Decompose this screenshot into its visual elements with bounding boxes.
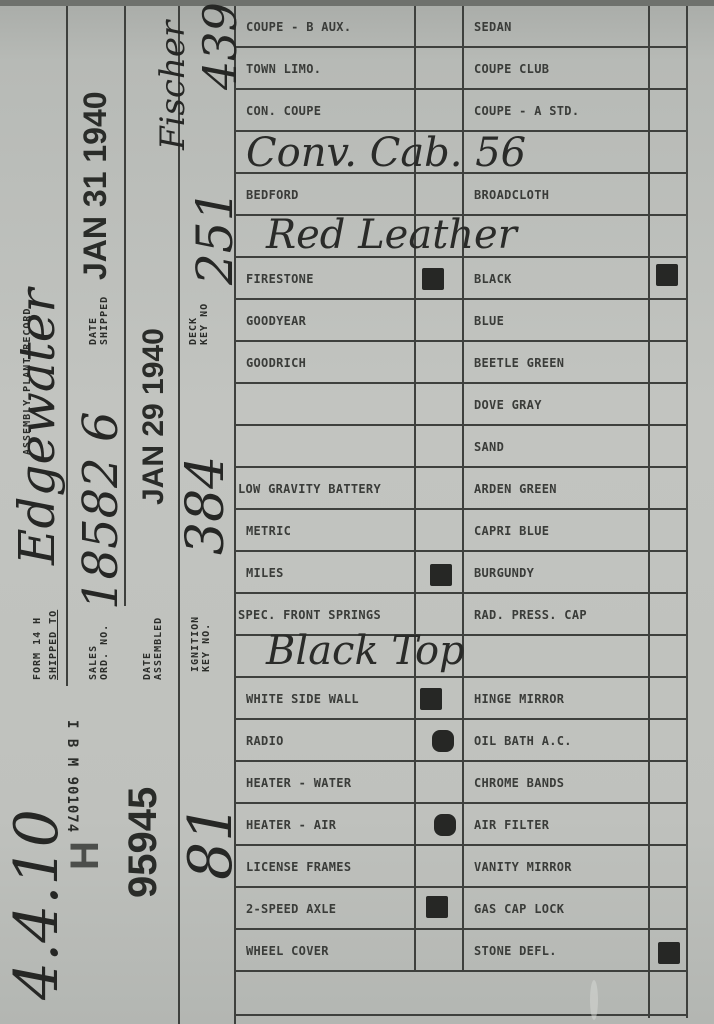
shipped-to-value: Edgewater bbox=[10, 289, 64, 565]
sales-order-label: SALES ORD. NO. bbox=[88, 610, 110, 680]
date-shipped-value: JAN 31 1940 bbox=[78, 91, 112, 280]
option-label: CAPRI BLUE bbox=[474, 510, 644, 552]
check-mark-icon bbox=[430, 564, 452, 586]
check-mark-icon bbox=[420, 688, 442, 710]
option-label bbox=[246, 426, 416, 468]
date-assembled-value: JAN 29 1940 bbox=[138, 328, 170, 505]
option-label: BURGUNDY bbox=[474, 552, 644, 594]
option-label: SEDAN bbox=[474, 6, 644, 48]
grid-row: LICENSE FRAMES VANITY MIRROR bbox=[236, 846, 688, 888]
grid-row: GOODYEAR BLUE bbox=[236, 300, 688, 342]
grid-row: RADIO OIL BATH A.C. bbox=[236, 720, 688, 762]
option-label: RAD. PRESS. CAP bbox=[474, 594, 644, 636]
handwritten-body-style: Conv. Cab. 56 bbox=[246, 130, 526, 176]
option-label: BEETLE GREEN bbox=[474, 342, 644, 384]
option-label: SAND bbox=[474, 426, 644, 468]
option-label: 2-SPEED AXLE bbox=[246, 888, 416, 930]
grid-row: METRIC CAPRI BLUE bbox=[236, 510, 688, 552]
grid-row-empty bbox=[236, 972, 688, 1014]
option-label: VANITY MIRROR bbox=[474, 846, 644, 888]
check-mark-icon bbox=[434, 814, 456, 836]
handwritten-name: Fischer bbox=[155, 21, 191, 150]
serial-number: 95945 bbox=[122, 787, 164, 898]
option-label: FIRESTONE bbox=[246, 258, 416, 300]
option-label: ARDEN GREEN bbox=[474, 468, 644, 510]
check-mark-icon bbox=[426, 896, 448, 918]
grid-row: COUPE - B AUX. SEDAN bbox=[236, 6, 688, 48]
date-assembled-label: DATE ASSEMBLED bbox=[142, 600, 164, 680]
handwritten-lot: 4.4.10 bbox=[6, 809, 68, 1000]
date-shipped-label: DATE SHIPPED bbox=[88, 295, 110, 345]
left-rule-1 bbox=[66, 6, 68, 686]
option-label: BROADCLOTH bbox=[474, 174, 644, 216]
option-label: OIL BATH A.C. bbox=[474, 720, 644, 762]
assembly-plant-record-card: ASSEMBLY PLANT RECORD FORM 14 H SHIPPED … bbox=[0, 0, 714, 1024]
check-mark-icon bbox=[432, 730, 454, 752]
form-number: FORM 14 H bbox=[32, 617, 43, 680]
deck-key-label: DECK KEY NO bbox=[188, 295, 210, 345]
handwritten-bottom-number: 81 bbox=[180, 804, 242, 880]
option-label: LICENSE FRAMES bbox=[246, 846, 416, 888]
grid-row: GOODRICH BEETLE GREEN bbox=[236, 342, 688, 384]
check-mark-icon bbox=[422, 268, 444, 290]
grid-row: FIRESTONE BLACK bbox=[236, 258, 688, 300]
grid-row: BEDFORD BROADCLOTH bbox=[236, 174, 688, 216]
option-label: MILES bbox=[246, 552, 416, 594]
paper-smudge bbox=[590, 980, 598, 1020]
option-label: WHITE SIDE WALL bbox=[246, 678, 416, 720]
option-label: RADIO bbox=[246, 720, 416, 762]
option-label: GOODRICH bbox=[246, 342, 416, 384]
option-label: HEATER - WATER bbox=[246, 762, 416, 804]
option-label: LOW GRAVITY BATTERY bbox=[238, 468, 408, 510]
grid-row: CON. COUPE COUPE - A STD. bbox=[236, 90, 688, 132]
option-label: HINGE MIRROR bbox=[474, 678, 644, 720]
grid-row: WHEEL COVER STONE DEFL. bbox=[236, 930, 688, 972]
option-label: WHEEL COVER bbox=[246, 930, 416, 972]
grid-row: WHITE SIDE WALL HINGE MIRROR bbox=[236, 678, 688, 720]
option-label: COUPE - B AUX. bbox=[246, 6, 416, 48]
option-label: BLUE bbox=[474, 300, 644, 342]
sales-order-value: 18582 6 bbox=[76, 412, 126, 611]
grid-row: 2-SPEED AXLE GAS CAP LOCK bbox=[236, 888, 688, 930]
option-label: CHROME BANDS bbox=[474, 762, 644, 804]
ignition-key-value: 384 bbox=[178, 456, 234, 555]
check-mark-icon bbox=[656, 264, 678, 286]
deck-key-value: 251 bbox=[188, 190, 242, 285]
grid-row: DOVE GRAY bbox=[236, 384, 688, 426]
grid-row: TOWN LIMO. COUPE CLUB bbox=[236, 48, 688, 90]
shipped-to-label: SHIPPED TO bbox=[48, 610, 59, 680]
option-label: HEATER - AIR bbox=[246, 804, 416, 846]
ignition-key-label: IGNITION KEY NO. bbox=[190, 602, 212, 672]
grid-row: SAND bbox=[236, 426, 688, 468]
grid-row: HEATER - AIR AIR FILTER bbox=[236, 804, 688, 846]
option-label: METRIC bbox=[246, 510, 416, 552]
option-label: CON. COUPE bbox=[246, 90, 416, 132]
option-label: STONE DEFL. bbox=[474, 930, 644, 972]
option-label: DOVE GRAY bbox=[474, 384, 644, 426]
option-label: AIR FILTER bbox=[474, 804, 644, 846]
option-label: COUPE - A STD. bbox=[474, 90, 644, 132]
grid-row: HEATER - WATER CHROME BANDS bbox=[236, 762, 688, 804]
option-label: TOWN LIMO. bbox=[246, 48, 416, 90]
option-label: COUPE CLUB bbox=[474, 48, 644, 90]
grid-row: MILES BURGUNDY bbox=[236, 552, 688, 594]
row-divider bbox=[236, 1014, 688, 1016]
option-label: BEDFORD bbox=[246, 174, 416, 216]
handwritten-upholstery: Red Leather bbox=[266, 212, 517, 258]
option-label: BLACK bbox=[474, 258, 644, 300]
option-label: GAS CAP LOCK bbox=[474, 888, 644, 930]
option-label: GOODYEAR bbox=[246, 300, 416, 342]
grid-row: LOW GRAVITY BATTERY ARDEN GREEN bbox=[236, 468, 688, 510]
check-mark-icon bbox=[658, 942, 680, 964]
handwritten-top: Black Top bbox=[266, 628, 465, 674]
option-label bbox=[246, 384, 416, 426]
